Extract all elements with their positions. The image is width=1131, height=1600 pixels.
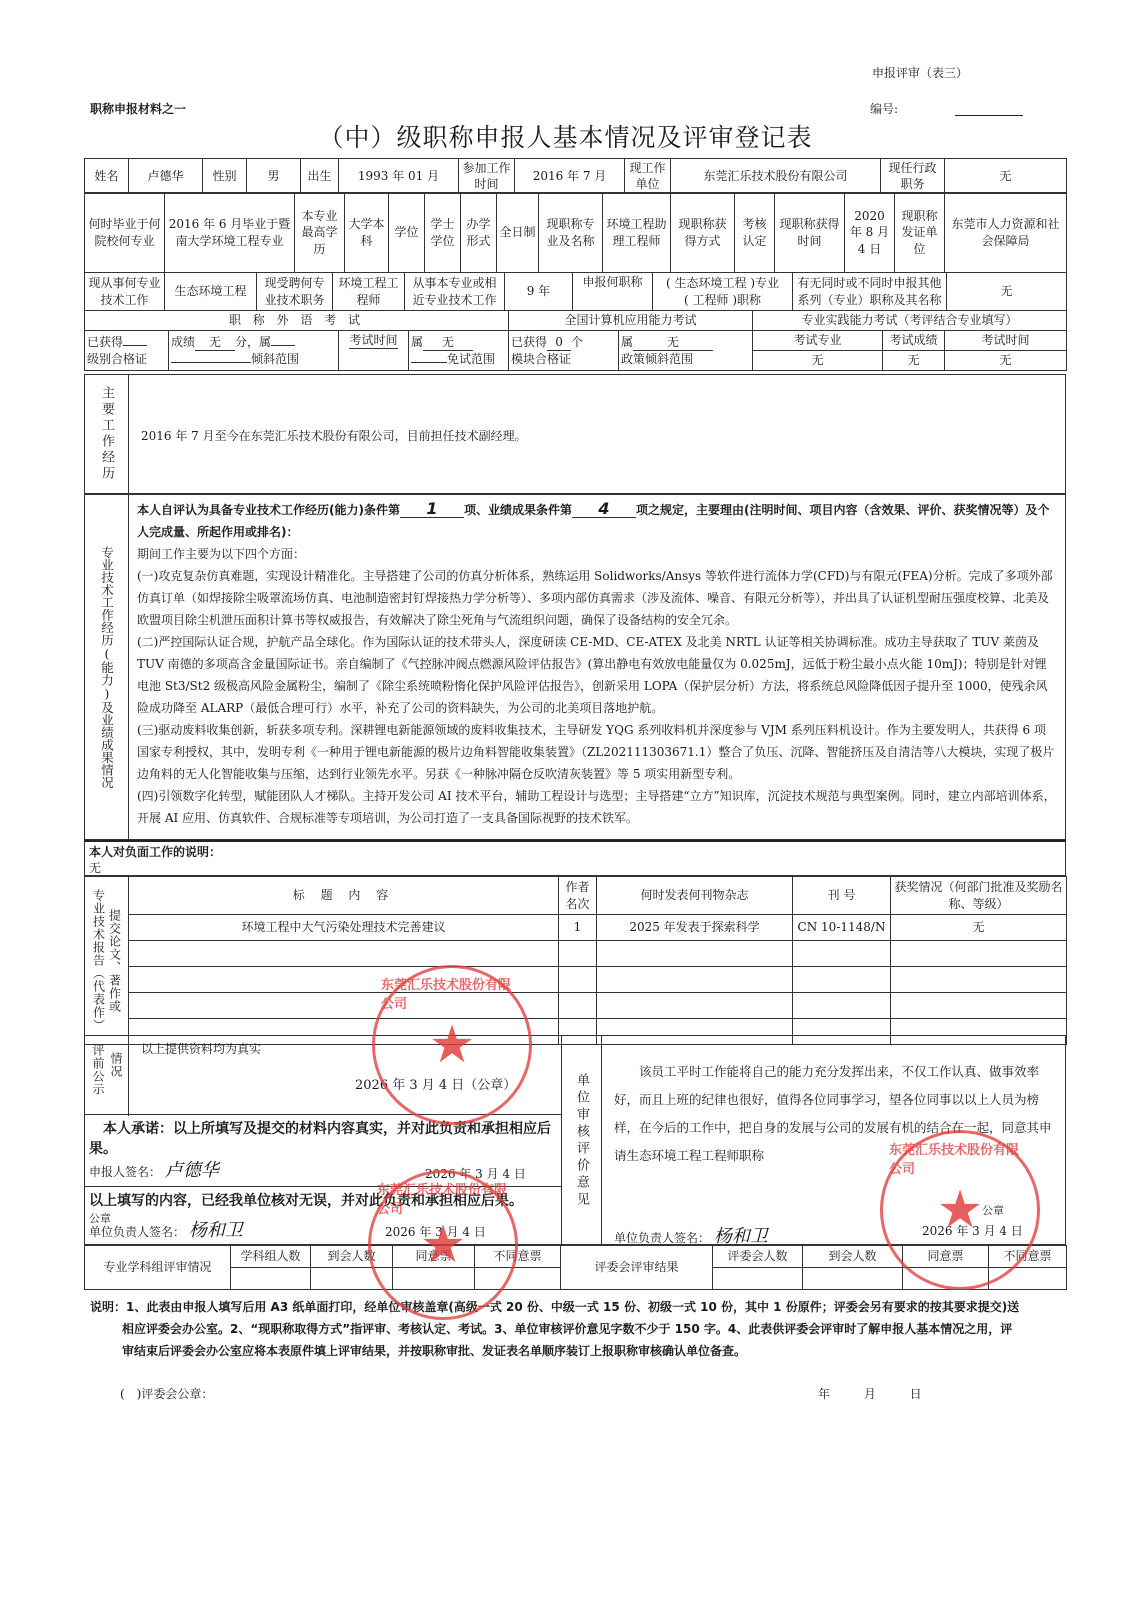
applicant-signature-row: 申报人签名： 卢德华 xyxy=(89,1156,219,1182)
policy-cell: 属无 政策倾斜范围 xyxy=(619,331,753,371)
practice-col-time: 考试时间 xyxy=(945,331,1067,351)
obtained-label: 现职称获得时间 xyxy=(775,193,845,273)
pub-issn xyxy=(793,941,891,967)
practice-col-major: 考试专业 xyxy=(753,331,883,351)
achievements-label: 专业技术工作经历(能力)及业绩成果情况 xyxy=(85,495,129,839)
publicity-label-b: 情况 xyxy=(109,1052,123,1078)
publicity-label-a: 评前公示 xyxy=(91,1044,105,1096)
group-members-header: 学科组人数 xyxy=(231,1246,311,1268)
achievements-section: 专业技术工作经历(能力)及业绩成果情况 本人自评认为具备专业技术工作经历(能力)… xyxy=(84,494,1066,840)
practice-major-value: 无 xyxy=(753,351,883,371)
publications-label-a: 提交论文、著作或 xyxy=(108,889,122,1032)
basic-info-table: 姓名 卢德华 性别 男 出生 1993 年 01 月 参加工作时间 2016 年… xyxy=(84,158,1067,194)
table-row xyxy=(85,967,1067,993)
apply-title: 工程师 xyxy=(692,293,728,307)
practice-col-score: 考试成绩 xyxy=(883,331,945,351)
result-condition-field[interactable]: 4 xyxy=(572,501,636,518)
modules-cert: 模块合格证 xyxy=(511,352,571,366)
applicant-sign-label: 申报人签名： xyxy=(89,1165,161,1179)
achievement-paragraph-1: (一)攻克复杂仿真难题，实现设计精准化。主导搭建了公司的仿真分析体系，熟练运用 … xyxy=(137,565,1057,631)
computer-exam-header: 全国计算机应用能力考试 xyxy=(509,311,753,331)
review-results-table: 专业学科组评审情况 学科组人数 到会人数 同意票 不同意票 评委会评审结果 评委… xyxy=(84,1245,1067,1290)
gender-value: 男 xyxy=(247,159,301,194)
col-award: 获奖情况（何部门批准及奖励名称、等级） xyxy=(891,877,1067,915)
pub-issn xyxy=(793,967,891,993)
exam-time-text: 考试时间 xyxy=(349,332,397,349)
ability-condition-field[interactable]: 1 xyxy=(400,501,464,518)
admin-post-value: 无 xyxy=(945,159,1067,194)
grad-label: 何时毕业于何院校何专业 xyxy=(85,193,165,273)
current-post-table: 现从事何专业技术工作 生态环境工程 现受聘何专业技术职务 环境工程工程师 从事本… xyxy=(84,272,1067,311)
field-value: 生态环境工程 xyxy=(165,273,257,311)
exams-table: 职 称 外 语 考 试 全国计算机应用能力考试 专业实践能力考试（考评结合专业填… xyxy=(84,310,1067,371)
achievements-heading: 本人自评认为具备专业技术工作经历(能力)条件第1项、业绩成果条件第4项之规定，主… xyxy=(137,499,1057,543)
pub-title xyxy=(129,941,559,967)
practice-exam-header: 专业实践能力考试（考评结合专业填写） xyxy=(753,311,1067,331)
committee-agree-header: 同意票 xyxy=(903,1246,989,1268)
cur-title-value: 环境工程助理工程师 xyxy=(603,193,671,273)
unit-review-box: 单位审核评价意见 该员工平时工作能将自己的能力充分发挥出来，不仅工作认真、做事效… xyxy=(562,1035,1066,1245)
unit-review-date: 2026 年 3 月 4 日 xyxy=(922,1222,1023,1239)
committee-seal-label: ( )评委会公章： xyxy=(120,1385,213,1402)
apply-major: 生态环境工程 xyxy=(674,276,746,290)
publications-label-b: 专业技术报告（代表作） xyxy=(92,889,106,1032)
unit-review-seal-label: 公章 xyxy=(982,1202,1004,1218)
practice-score-value: 无 xyxy=(883,351,945,371)
degree-label: 学位 xyxy=(389,193,425,273)
serial-label: 编号: xyxy=(870,100,898,117)
group-attendance-field[interactable] xyxy=(311,1268,393,1290)
grad-value: 2016 年 6 月毕业于暨南大学环境工程专业 xyxy=(165,193,295,273)
committee-review-label: 评委会评审结果 xyxy=(561,1246,713,1290)
pub-issn: CN 10-1148/N xyxy=(793,915,891,941)
verification-signature[interactable]: 杨和卫 xyxy=(189,1220,243,1241)
modules-prefix: 已获得 xyxy=(511,335,547,349)
exempt-range: 免试范围 xyxy=(447,352,495,366)
method-value: 考核认定 xyxy=(735,193,775,273)
modules-suffix: 个 xyxy=(571,335,583,349)
heading-part-a: 本人自评认为具备专业技术工作经历(能力)条件第 xyxy=(137,503,400,517)
committee-attendance-field[interactable] xyxy=(803,1268,903,1290)
employer-label: 现工作单位 xyxy=(625,159,671,194)
gender-label: 性别 xyxy=(203,159,247,194)
foreign-score-cell: 成绩无分，属 倾斜范围 xyxy=(169,331,339,371)
verification-date: 2026 年 3 月 4 日 xyxy=(385,1223,486,1240)
belong-field[interactable]: 无 xyxy=(423,334,473,351)
publicity-date: 2026 年 3 月 4 日（公章） xyxy=(355,1074,516,1093)
obtained-prefix: 已获得 xyxy=(87,335,123,349)
mode-label: 办学形式 xyxy=(461,193,497,273)
pub-rank: 1 xyxy=(559,915,597,941)
method-label: 现职称获得方式 xyxy=(671,193,735,273)
committee-agree-field[interactable] xyxy=(903,1268,989,1290)
verification-sign-label: 单位负责人签名： xyxy=(89,1225,185,1239)
modules-cell: 已获得0个 模块合格证 xyxy=(509,331,619,371)
score-suffix: 分，属 xyxy=(235,335,271,349)
work-experience-text: 2016 年 7 月至今在东莞汇乐技术股份有限公司，目前担任技术副经理。 xyxy=(141,427,527,444)
pub-title xyxy=(129,993,559,1019)
committee-disagree-field[interactable] xyxy=(989,1268,1067,1290)
policy-prefix: 属 xyxy=(621,335,633,349)
pub-award xyxy=(891,941,1067,967)
verification-box: 以上填写的内容，已经我单位核对无误，并对此负责和承担相应后果。 公章 单位负责人… xyxy=(84,1187,562,1245)
foreign-exam-header: 职 称 外 语 考 试 xyxy=(85,311,509,331)
notes-section: 说明：1、此表由申报人填写后用 A3 纸单面打印，经单位审核盖章(高级一式 20… xyxy=(90,1296,1070,1362)
page-title: （中）级职称申报人基本情况及评审登记表 xyxy=(0,118,1131,154)
tilt-field[interactable] xyxy=(171,362,251,363)
issuer-value: 东莞市人力资源和社会保障局 xyxy=(945,193,1067,273)
highest-label: 本专业最高学历 xyxy=(295,193,345,273)
group-disagree-field[interactable] xyxy=(475,1268,561,1290)
table-row: 环境工程中大气污染处理技术完善建议 1 2025 年发表于探索科学 CN 10-… xyxy=(85,915,1067,941)
belong-prefix: 属 xyxy=(411,335,423,349)
pub-title xyxy=(129,967,559,993)
foreign-level-field[interactable] xyxy=(123,345,147,346)
modules-field[interactable]: 0 xyxy=(547,334,571,351)
commitment-box: 本人承诺：以上所填写及提交的材料内容真实，并对此负责和承担相应后果。 申报人签名… xyxy=(84,1115,562,1187)
group-disagree-header: 不同意票 xyxy=(475,1246,561,1268)
applicant-signature[interactable]: 卢德华 xyxy=(165,1160,219,1181)
work-start-label: 参加工作时间 xyxy=(459,159,515,194)
verification-text: 以上填写的内容，已经我单位核对无误，并对此负责和承担相应后果。 xyxy=(89,1190,557,1210)
post-value: 环境工程工程师 xyxy=(333,273,405,311)
apply-major-suffix: 专业 xyxy=(755,276,779,290)
policy-range: 政策倾斜范围 xyxy=(621,352,693,366)
pub-rank xyxy=(559,967,597,993)
unit-review-sign-label: 单位负责人签名： xyxy=(614,1231,710,1245)
note-line-3: 审结束后评委会办公室应将本表原件填上评审结果，并按职称审批、发证表名单顺序装订上… xyxy=(90,1340,1070,1362)
table-row xyxy=(85,941,1067,967)
score-prefix: 成绩 xyxy=(171,335,195,349)
other-value: 无 xyxy=(947,273,1067,311)
achievement-paragraph-4: (四)引领数字化转型，赋能团队人才梯队。主持开发公司 AI 技术平台，辅助工程设… xyxy=(137,785,1057,829)
committee-disagree-header: 不同意票 xyxy=(989,1246,1067,1268)
col-title: 标 题 内 容 xyxy=(129,877,559,915)
pub-award xyxy=(891,967,1067,993)
commitment-text: 本人承诺：以上所填写及提交的材料内容真实，并对此负责和承担相应后果。 xyxy=(89,1119,557,1159)
name-value: 卢德华 xyxy=(129,159,203,194)
years-value: 9 年 xyxy=(505,273,573,311)
unit-review-label: 单位审核评价意见 xyxy=(562,1036,602,1246)
score-belong-field[interactable] xyxy=(271,345,295,346)
table-row xyxy=(85,993,1067,1019)
apply-title-suffix: 职称 xyxy=(737,293,761,307)
exempt-cell: 属无 免试范围 xyxy=(409,331,509,371)
note-line-1: 说明：1、此表由申报人填写后用 A3 纸单面打印，经单位审核盖章(高级一式 20… xyxy=(90,1296,1070,1318)
apply-value: ( 生态环境工程 )专业 ( 工程师 )职称 xyxy=(653,273,793,311)
score-field[interactable]: 无 xyxy=(195,334,235,351)
publicity-text: 以上提供资料均为真实 xyxy=(141,1040,261,1057)
group-agree-field[interactable] xyxy=(393,1268,475,1290)
apply-label: 申报何职称 xyxy=(573,273,653,311)
committee-attendance-header: 到会人数 xyxy=(803,1246,903,1268)
unit-review-signature[interactable]: 杨和卫 xyxy=(714,1226,768,1247)
exempt-field[interactable] xyxy=(411,362,447,363)
achievement-paragraph-2: (二)严控国际认证合规，护航产品全球化。作为国际认证的技术带头人，深度研读 CE… xyxy=(137,631,1057,719)
years-label: 从事本专业或相近专业技术工作 xyxy=(405,273,505,311)
post-label: 现受聘何专业技术职务 xyxy=(257,273,333,311)
footer-date: 年 月 日 xyxy=(818,1385,922,1402)
birth-value: 1993 年 01 月 xyxy=(339,159,459,194)
applicant-sign-date: 2026 年 3 月 4 日 xyxy=(425,1165,526,1182)
degree-value: 学士学位 xyxy=(425,193,461,273)
mode-value: 全日制 xyxy=(497,193,539,273)
form-code: 申报评审（表三） xyxy=(872,64,968,81)
tilt-range: 倾斜范围 xyxy=(251,352,299,366)
group-attendance-header: 到会人数 xyxy=(311,1246,393,1268)
pub-journal xyxy=(597,967,793,993)
group-members-field[interactable] xyxy=(231,1268,311,1290)
exam-time-label: 考试时间 xyxy=(339,331,409,371)
serial-field[interactable] xyxy=(955,115,1023,116)
achievements-body: 本人自评认为具备专业技术工作经历(能力)条件第1项、业绩成果条件第4项之规定，主… xyxy=(129,495,1065,833)
pub-award xyxy=(891,993,1067,1019)
publications-table: 专业技术报告（代表作） 提交论文、著作或 标 题 内 容 作者名次 何时发表何刊… xyxy=(84,876,1067,1045)
name-label: 姓名 xyxy=(85,159,129,194)
pub-journal: 2025 年发表于探索科学 xyxy=(597,915,793,941)
education-table: 何时毕业于何院校何专业 2016 年 6 月毕业于暨南大学环境工程专业 本专业最… xyxy=(84,192,1067,273)
pub-rank xyxy=(559,993,597,1019)
field-label: 现从事何专业技术工作 xyxy=(85,273,165,311)
material-label: 职称申报材料之一 xyxy=(90,100,186,117)
pub-title: 环境工程中大气污染处理技术完善建议 xyxy=(129,915,559,941)
work-start-value: 2016 年 7 月 xyxy=(515,159,625,194)
verification-sign-row: 单位负责人签名： 杨和卫 xyxy=(89,1216,243,1242)
obtained-value: 2020 年 8 月 4 日 xyxy=(845,193,895,273)
issuer-label: 现职称发证单位 xyxy=(895,193,945,273)
highest-value: 大学本科 xyxy=(345,193,389,273)
pub-journal xyxy=(597,993,793,1019)
pub-journal xyxy=(597,941,793,967)
other-label: 有无同时或不同时申报其他系列（专业）职称及其名称 xyxy=(793,273,947,311)
note-line-2: 相应评委会办公室。2、“现职称取得方式”指评审、考核认定、考试。3、单位审核评价… xyxy=(90,1318,1070,1340)
group-agree-header: 同意票 xyxy=(393,1246,475,1268)
negative-work-label: 本人对负面工作的说明： xyxy=(89,844,1061,860)
publicity-box: 评前公示 情况 以上提供资料均为真实 2026 年 3 月 4 日（公章） xyxy=(84,1035,562,1115)
unit-review-text: 该员工平时工作能将自己的能力充分发挥出来，不仅工作认真、做事效率好，而且上班的纪… xyxy=(614,1058,1057,1170)
col-journal: 何时发表何刊物杂志 xyxy=(597,877,793,915)
work-experience-section: 主要工作经历 2016 年 7 月至今在东莞汇乐技术股份有限公司，目前担任技术副… xyxy=(84,374,1066,494)
pub-award: 无 xyxy=(891,915,1067,941)
pub-rank xyxy=(559,941,597,967)
cur-title-label: 现职称专业及名称 xyxy=(539,193,603,273)
negative-work-text: 无 xyxy=(89,860,1061,876)
pub-issn xyxy=(793,993,891,1019)
declaration-section: 评前公示 情况 以上提供资料均为真实 2026 年 3 月 4 日（公章） 本人… xyxy=(84,1035,1066,1245)
publicity-label: 评前公示 情况 xyxy=(85,1036,129,1116)
col-issn: 刊 号 xyxy=(793,877,891,915)
heading-part-b: 项、业绩成果条件第 xyxy=(464,503,572,517)
work-experience-label: 主要工作经历 xyxy=(85,375,129,493)
achievement-paragraph-3: (三)驱动废料收集创新，斩获多项专利。深耕锂电新能源领域的废料收集技术，主导研发… xyxy=(137,719,1057,785)
committee-members-header: 评委会人数 xyxy=(713,1246,803,1268)
col-author-rank: 作者名次 xyxy=(559,877,597,915)
employer-value: 东莞汇乐技术股份有限公司 xyxy=(671,159,881,194)
practice-time-value: 无 xyxy=(945,351,1067,371)
level-cert: 级别合格证 xyxy=(87,352,147,366)
foreign-level-cell: 已获得 级别合格证 xyxy=(85,331,169,371)
negative-work-section: 本人对负面工作的说明： 无 xyxy=(84,840,1066,876)
policy-field[interactable]: 无 xyxy=(633,334,713,351)
admin-post-label: 现任行政职务 xyxy=(881,159,945,194)
birth-label: 出生 xyxy=(301,159,339,194)
publications-label: 专业技术报告（代表作） 提交论文、著作或 xyxy=(85,877,129,1045)
committee-members-field[interactable] xyxy=(713,1268,803,1290)
group-review-label: 专业学科组评审情况 xyxy=(85,1246,231,1290)
achievements-intro: 期间工作主要为以下四个方面： xyxy=(137,543,1057,565)
